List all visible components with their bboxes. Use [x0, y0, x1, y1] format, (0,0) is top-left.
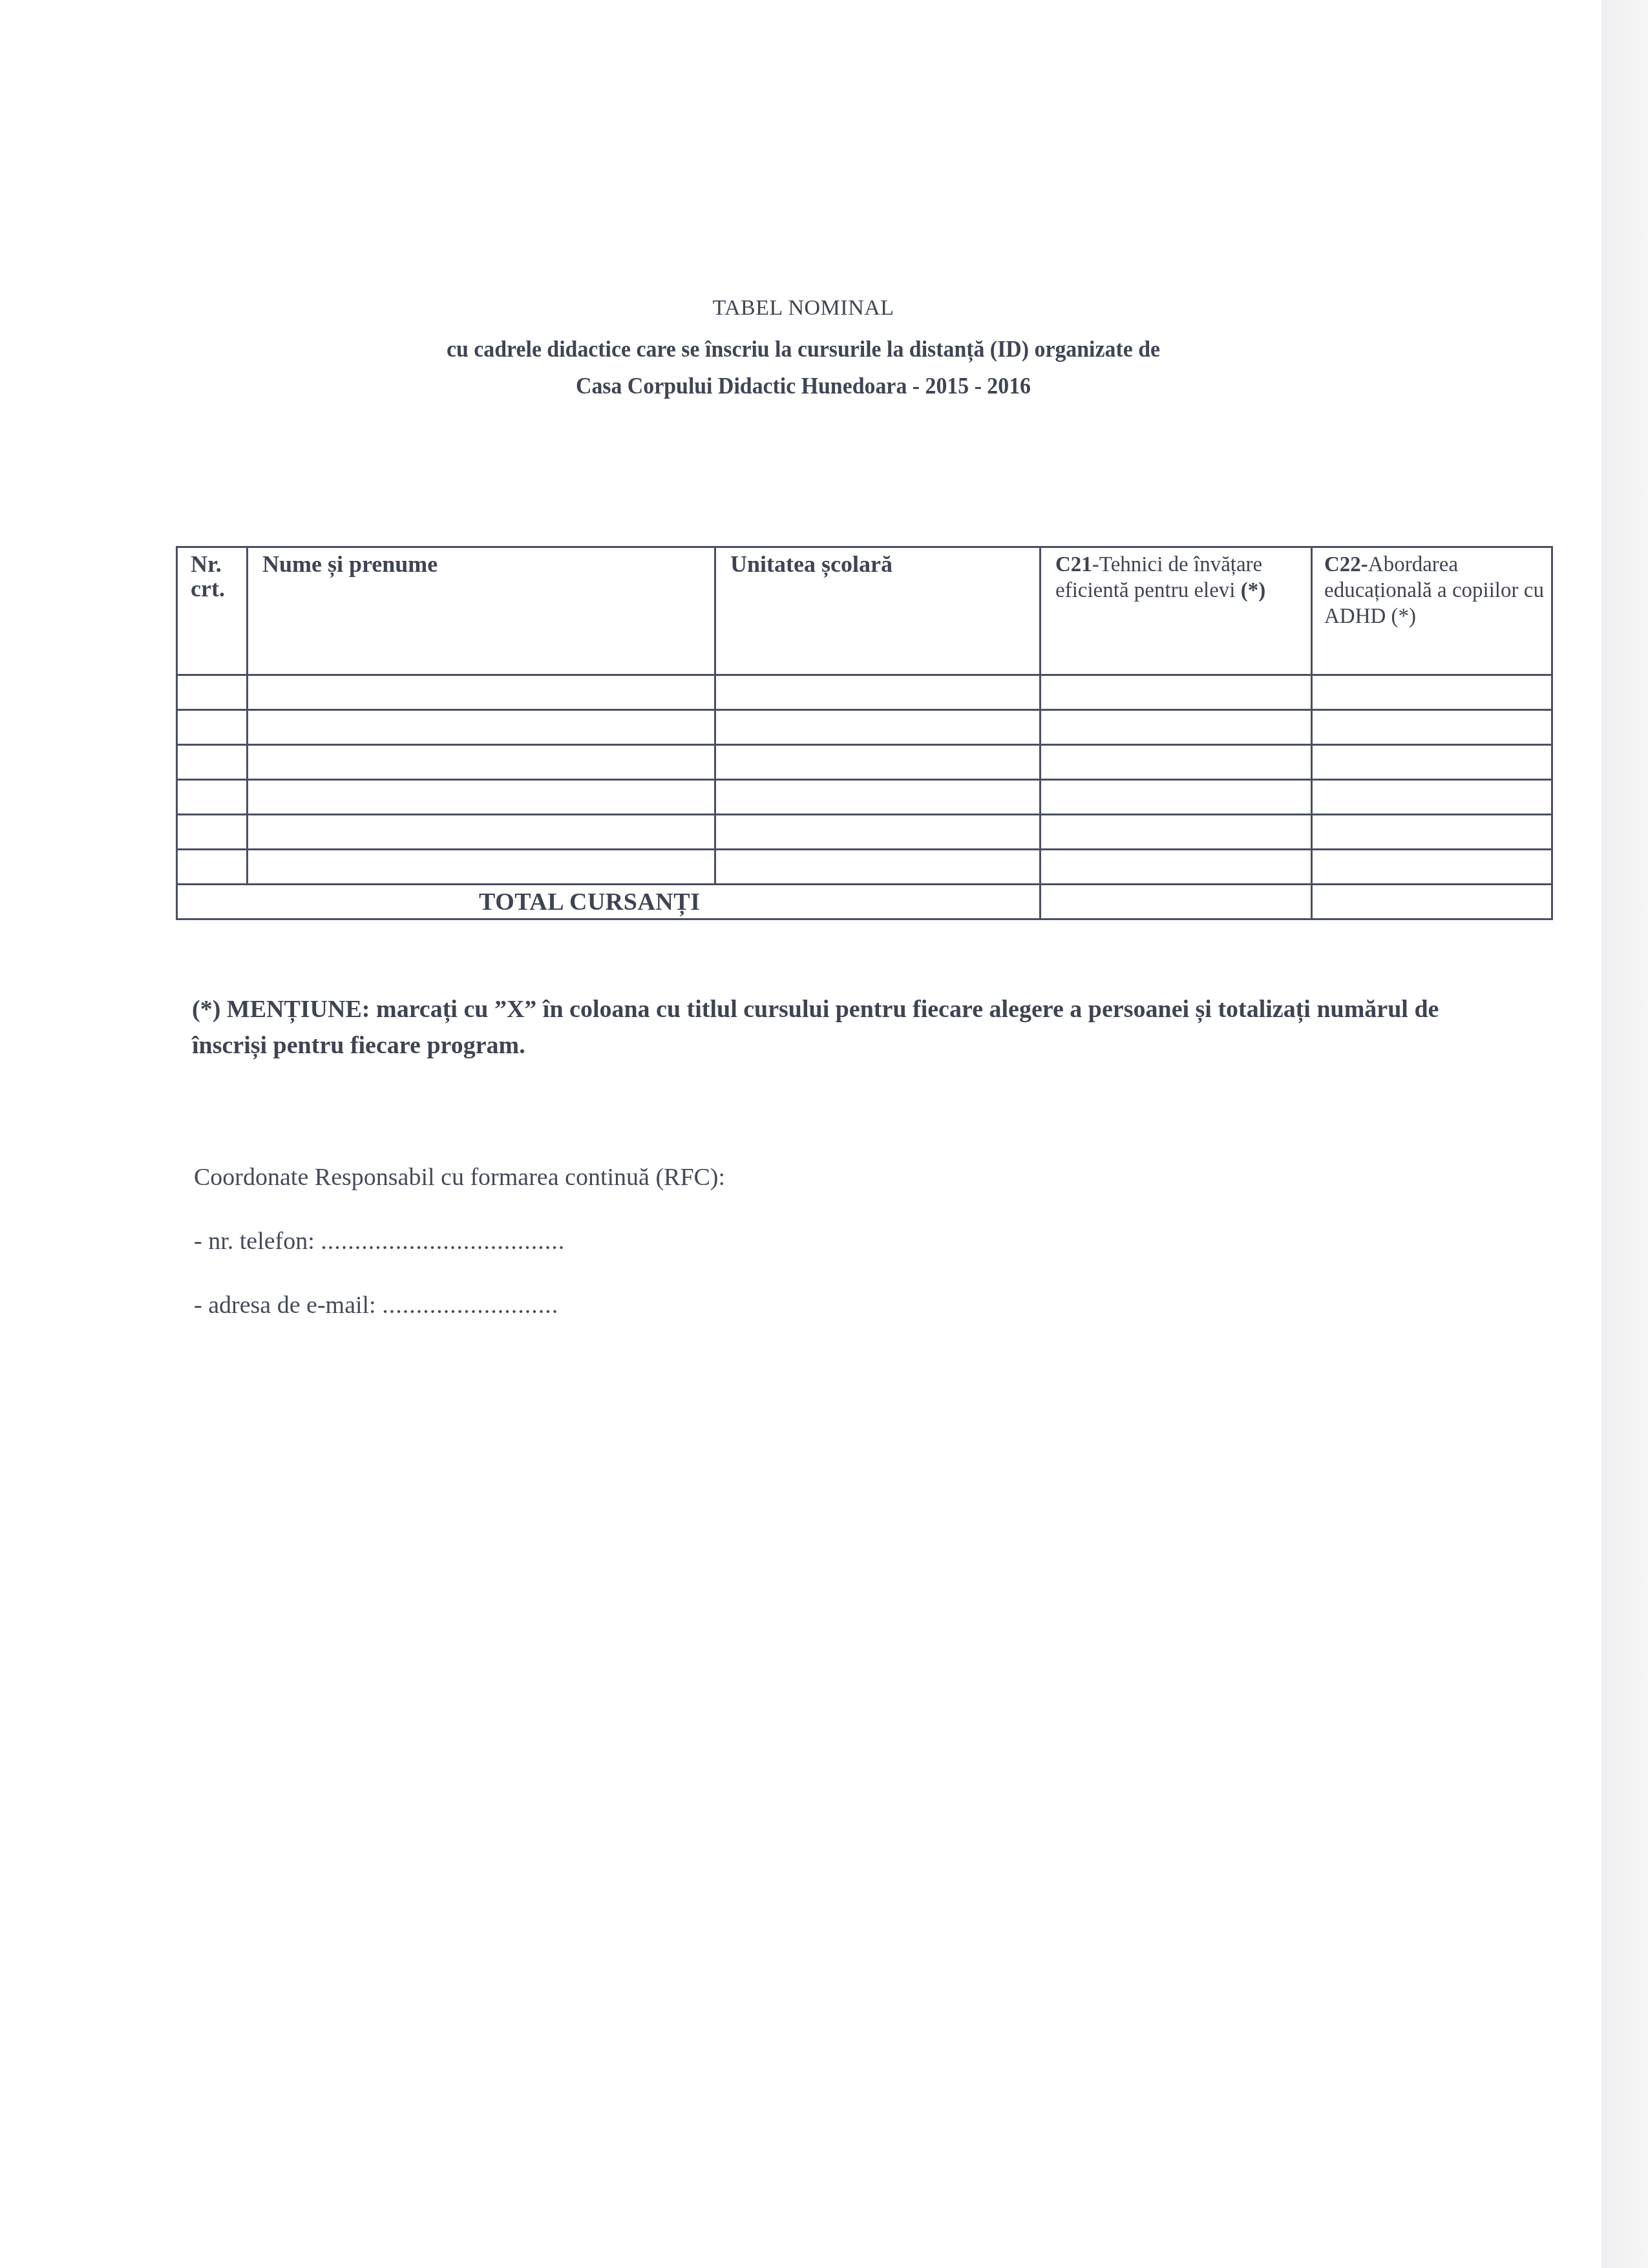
document-title: TABEL NOMINAL	[0, 296, 1607, 320]
cell-c22[interactable]	[1312, 780, 1552, 815]
course-c21-code: C21	[1055, 553, 1092, 576]
course-c21-marker: (*)	[1241, 579, 1265, 602]
table-row	[177, 675, 1552, 710]
table-row	[177, 745, 1552, 780]
rfc-phone-line: - nr. telefon: .........................…	[194, 1227, 565, 1255]
cell-unit[interactable]	[715, 745, 1041, 780]
rfc-phone-field[interactable]: ....................................	[321, 1228, 565, 1255]
cell-nr[interactable]	[177, 710, 248, 745]
cell-c22[interactable]	[1312, 710, 1552, 745]
cell-c21[interactable]	[1041, 815, 1312, 850]
table-row	[177, 850, 1552, 885]
header-nr-line-1: Nr.	[191, 552, 246, 576]
cell-unit[interactable]	[715, 850, 1041, 885]
cell-c21[interactable]	[1041, 780, 1312, 815]
cell-c22[interactable]	[1312, 815, 1552, 850]
nominal-table: Nr. crt. Nume și prenume Unitatea școlar…	[176, 546, 1553, 920]
cell-unit[interactable]	[715, 675, 1041, 710]
cell-nr[interactable]	[177, 815, 248, 850]
header-course-c22: C22-Abordarea educațională a copiilor cu…	[1312, 547, 1552, 675]
cell-name[interactable]	[248, 710, 715, 745]
header-nr-line-2: crt.	[191, 576, 246, 601]
cell-c21[interactable]	[1041, 675, 1312, 710]
cell-c21[interactable]	[1041, 850, 1312, 885]
cell-c22[interactable]	[1312, 745, 1552, 780]
cell-name[interactable]	[248, 815, 715, 850]
total-c22[interactable]	[1312, 885, 1552, 919]
table-row	[177, 780, 1552, 815]
cell-c21[interactable]	[1041, 745, 1312, 780]
mention-note: (*) MENȚIUNE: marcați cu ”X” în coloana …	[192, 991, 1452, 1064]
cell-c22[interactable]	[1312, 675, 1552, 710]
total-c21[interactable]	[1041, 885, 1312, 919]
cell-c21[interactable]	[1041, 710, 1312, 745]
rfc-phone-label: - nr. telefon:	[194, 1228, 321, 1255]
header-nr-crt: Nr. crt.	[177, 547, 248, 675]
cell-nr[interactable]	[177, 675, 248, 710]
cell-unit[interactable]	[715, 710, 1041, 745]
course-c22-code: C22-	[1324, 553, 1368, 576]
page-edge	[1601, 0, 1648, 2268]
cell-name[interactable]	[248, 675, 715, 710]
rfc-email-label: - adresa de e-mail:	[194, 1292, 382, 1319]
header-course-c21: C21-Tehnici de învățare eficientă pentru…	[1041, 547, 1312, 675]
cell-name[interactable]	[248, 850, 715, 885]
table-header-row: Nr. crt. Nume și prenume Unitatea școlar…	[177, 547, 1552, 675]
document-subtitle-line-1: cu cadrele didactice care se înscriu la …	[48, 335, 1559, 362]
cell-name[interactable]	[248, 745, 715, 780]
table-row	[177, 710, 1552, 745]
document-subtitle-line-2: Casa Corpului Didactic Hunedoara - 2015 …	[48, 372, 1559, 399]
cell-unit[interactable]	[715, 815, 1041, 850]
cell-nr[interactable]	[177, 745, 248, 780]
cell-nr[interactable]	[177, 850, 248, 885]
cell-c22[interactable]	[1312, 850, 1552, 885]
header-school-unit: Unitatea școlară	[715, 547, 1041, 675]
cell-name[interactable]	[248, 780, 715, 815]
rfc-email-line: - adresa de e-mail: ....................…	[194, 1291, 558, 1319]
rfc-heading: Coordonate Responsabil cu formarea conti…	[194, 1163, 725, 1192]
table-row	[177, 815, 1552, 850]
rfc-email-field[interactable]: ..........................	[382, 1292, 558, 1319]
header-name: Nume și prenume	[248, 547, 715, 675]
cell-unit[interactable]	[715, 780, 1041, 815]
total-row: TOTAL CURSANȚI	[177, 885, 1552, 919]
cell-nr[interactable]	[177, 780, 248, 815]
total-label: TOTAL CURSANȚI	[177, 885, 1041, 919]
